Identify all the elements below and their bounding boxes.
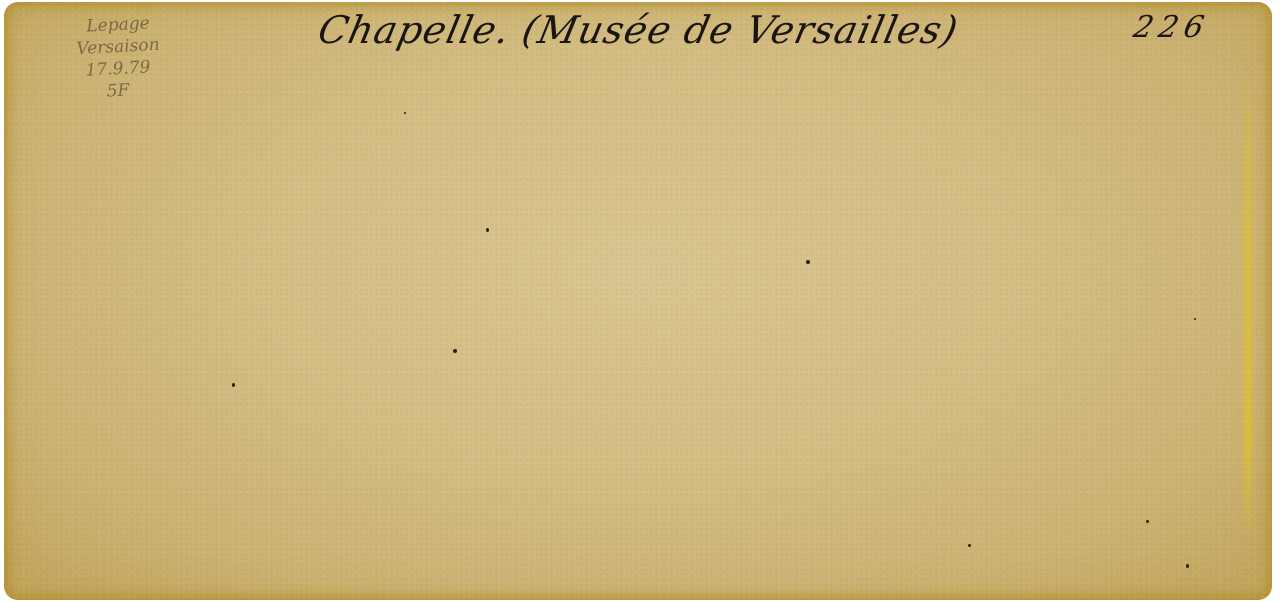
card-number: 226 <box>1130 10 1213 45</box>
discoloration-streak <box>1244 62 1252 542</box>
foxing-spot <box>404 112 406 114</box>
foxing-spot <box>1146 520 1149 523</box>
foxing-spot <box>453 349 457 353</box>
foxing-spot <box>232 383 235 387</box>
paper-texture <box>4 2 1272 600</box>
foxing-spot <box>1186 564 1189 568</box>
foxing-spot <box>486 228 489 232</box>
pencil-annotation: Lepage Versaison 17.9.79 5F <box>48 14 188 102</box>
stereoview-card-back: Lepage Versaison 17.9.79 5F Chapelle. (M… <box>4 2 1272 600</box>
foxing-spot <box>1194 318 1196 320</box>
foxing-spot <box>968 544 971 547</box>
handwritten-title: Chapelle. (Musée de Versailles) <box>314 8 983 52</box>
foxing-spot <box>806 260 810 264</box>
